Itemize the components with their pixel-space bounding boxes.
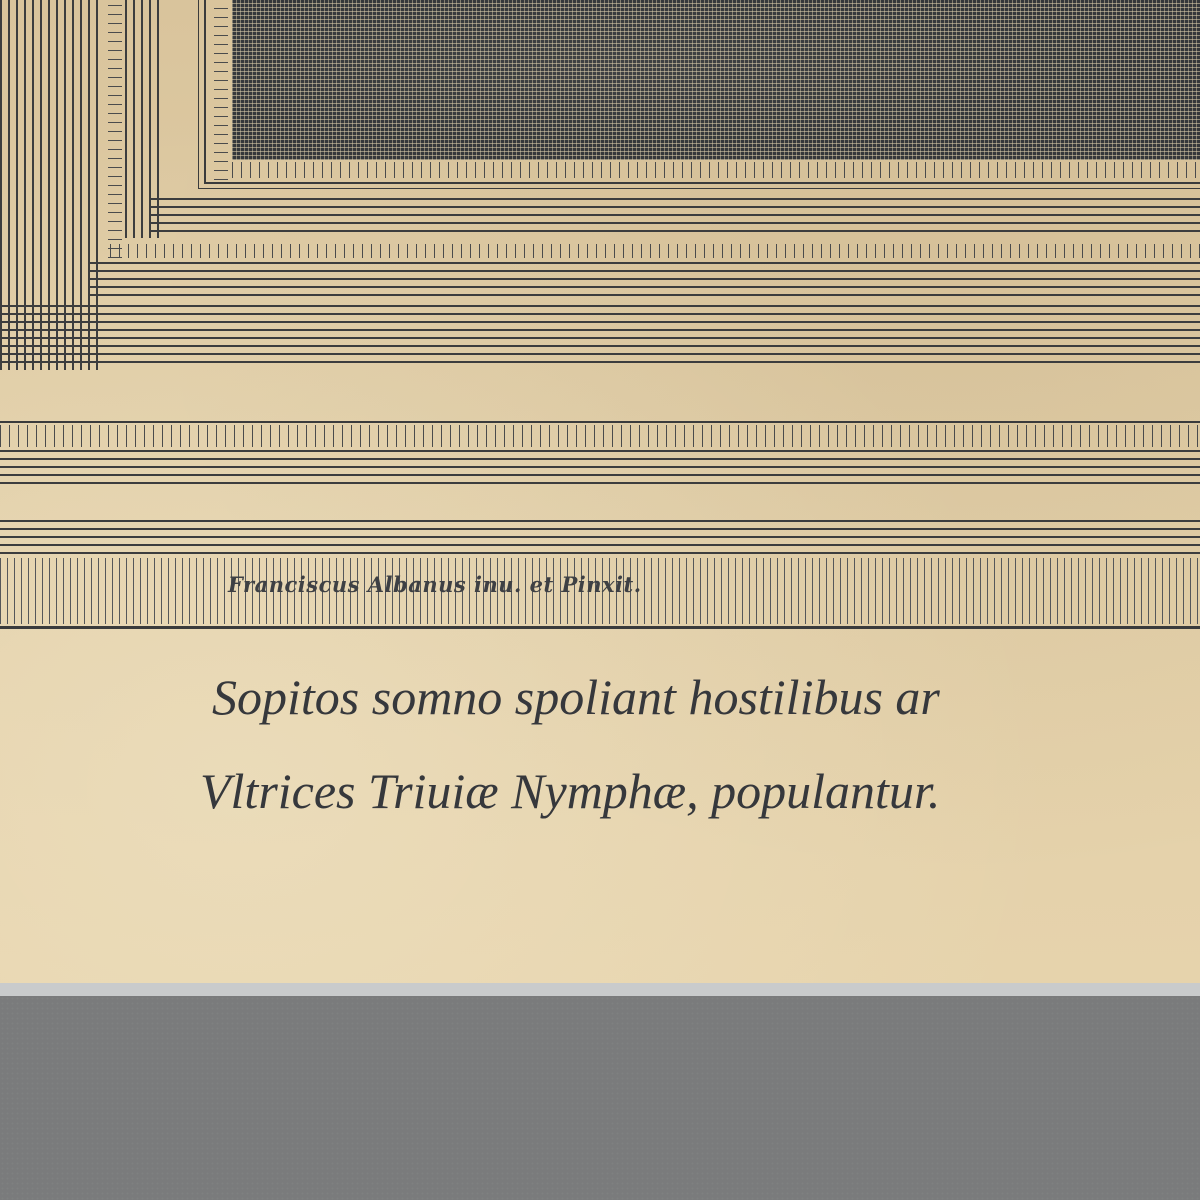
caption-band-lines [0,520,1200,554]
moulding-lines-upper [150,198,1200,238]
inner-frame-rule-h2 [198,188,1200,189]
artist-credit: Franciscus Albanus inu. et Pinxit. [228,572,642,597]
band-rule-top [0,421,1200,423]
verse-line-1: Sopitos somno spoliant hostilibus ar [212,668,940,726]
verse-line-2: Vltrices Triuiæ Nymphæ, populantur. [200,762,940,820]
inner-frame-rule-v2 [198,0,199,189]
inner-frame-ticks-bottom [232,162,1200,178]
moulding-ticks-mid [110,244,1200,258]
inner-frame-ticks-left [214,0,228,180]
band-ticks [0,425,1200,447]
frame-mat [0,996,1200,1200]
caption-band-rule [0,626,1200,629]
moulding-lines-outer [0,305,1200,369]
moulding-ticks-mid-v [108,0,122,258]
inner-frame-rule-h [204,182,1200,184]
engraving-paper: Franciscus Albanus inu. et Pinxit. Sopit… [0,0,1200,985]
mat-bevel [0,983,1200,997]
engraved-image-area [232,0,1200,160]
moulding-lines-upper-v [125,0,165,238]
moulding-lines-lower [90,262,1200,302]
inner-frame-rule-v [204,0,206,184]
band-lines [0,450,1200,484]
